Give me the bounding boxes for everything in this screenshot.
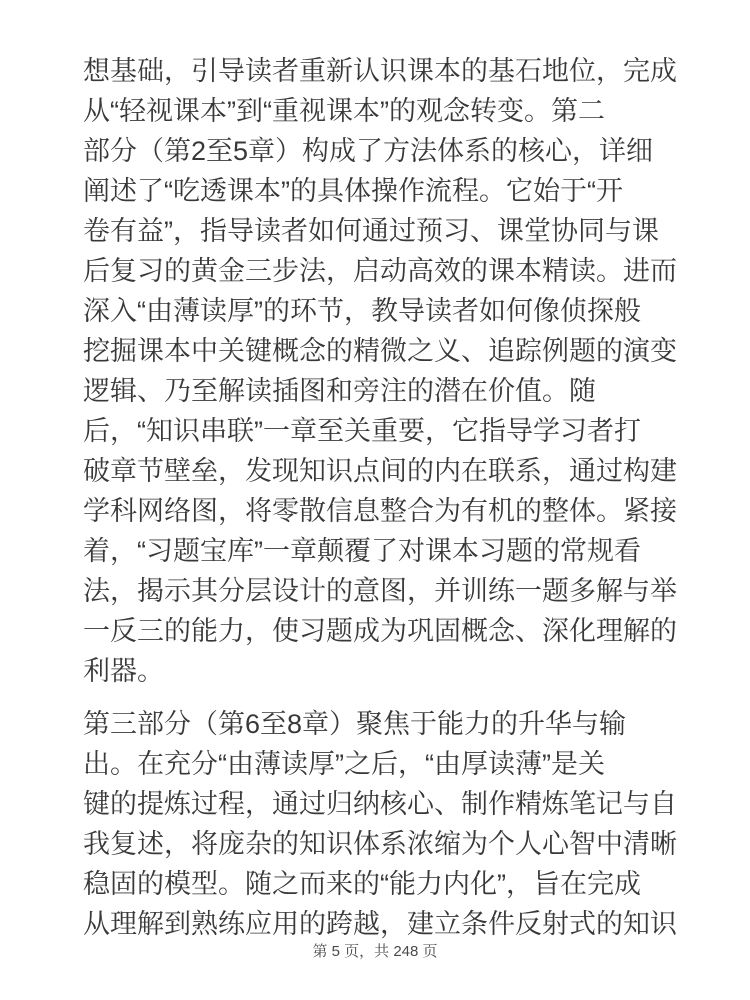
text-line: 法，揭示其分层设计的意图，并训练一题多解与举 xyxy=(83,571,683,611)
text-line: 挖掘课本中关键概念的精微之义、追踪例题的演变 xyxy=(83,331,683,371)
text-line: 从理解到熟练应用的跨越，建立条件反射式的知识 xyxy=(83,904,683,944)
text-line: 着，“习题宝库”一章颠覆了对课本习题的常规看 xyxy=(83,531,683,571)
document-page: 想基础，引导读者重新认识课本的基石地位，完成 从“轻视课本”到“重视课本”的观念… xyxy=(0,0,750,1000)
paragraph-1: 想基础，引导读者重新认识课本的基石地位，完成 从“轻视课本”到“重视课本”的观念… xyxy=(83,51,683,691)
text-line: 我复述，将庞杂的知识体系浓缩为个人心智中清晰 xyxy=(83,824,683,864)
text-line: 部分（第2至5章）构成了方法体系的核心，详细 xyxy=(83,131,683,171)
text-line: 逻辑、乃至解读插图和旁注的潜在价值。随 xyxy=(83,371,683,411)
text-line: 后复习的黄金三步法，启动高效的课本精读。进而 xyxy=(83,251,683,291)
paragraph-2: 第三部分（第6至8章）聚焦于能力的升华与输 出。在充分“由薄读厚”之后，“由厚读… xyxy=(83,704,683,944)
text-line: 从“轻视课本”到“重视课本”的观念转变。第二 xyxy=(83,91,683,131)
text-line: 阐述了“吃透课本”的具体操作流程。它始于“开 xyxy=(83,171,683,211)
text-line: 破章节壁垒，发现知识点间的内在联系，通过构建 xyxy=(83,451,683,491)
text-line: 一反三的能力，使习题成为巩固概念、深化理解的 xyxy=(83,611,683,651)
page-number-footer: 第 5 页，共 248 页 xyxy=(0,941,750,963)
text-line: 后，“知识串联”一章至关重要，它指导学习者打 xyxy=(83,411,683,451)
text-line: 卷有益”，指导读者如何通过预习、课堂协同与课 xyxy=(83,211,683,251)
text-line: 深入“由薄读厚”的环节，教导读者如何像侦探般 xyxy=(83,291,683,331)
text-line: 稳固的模型。随之而来的“能力内化”，旨在完成 xyxy=(83,864,683,904)
text-line: 想基础，引导读者重新认识课本的基石地位，完成 xyxy=(83,51,683,91)
text-line: 利器。 xyxy=(83,651,683,691)
text-line: 第三部分（第6至8章）聚焦于能力的升华与输 xyxy=(83,704,683,744)
text-line: 出。在充分“由薄读厚”之后，“由厚读薄”是关 xyxy=(83,744,683,784)
text-line: 学科网络图，将零散信息整合为有机的整体。紧接 xyxy=(83,491,683,531)
text-line: 键的提炼过程，通过归纳核心、制作精炼笔记与自 xyxy=(83,784,683,824)
